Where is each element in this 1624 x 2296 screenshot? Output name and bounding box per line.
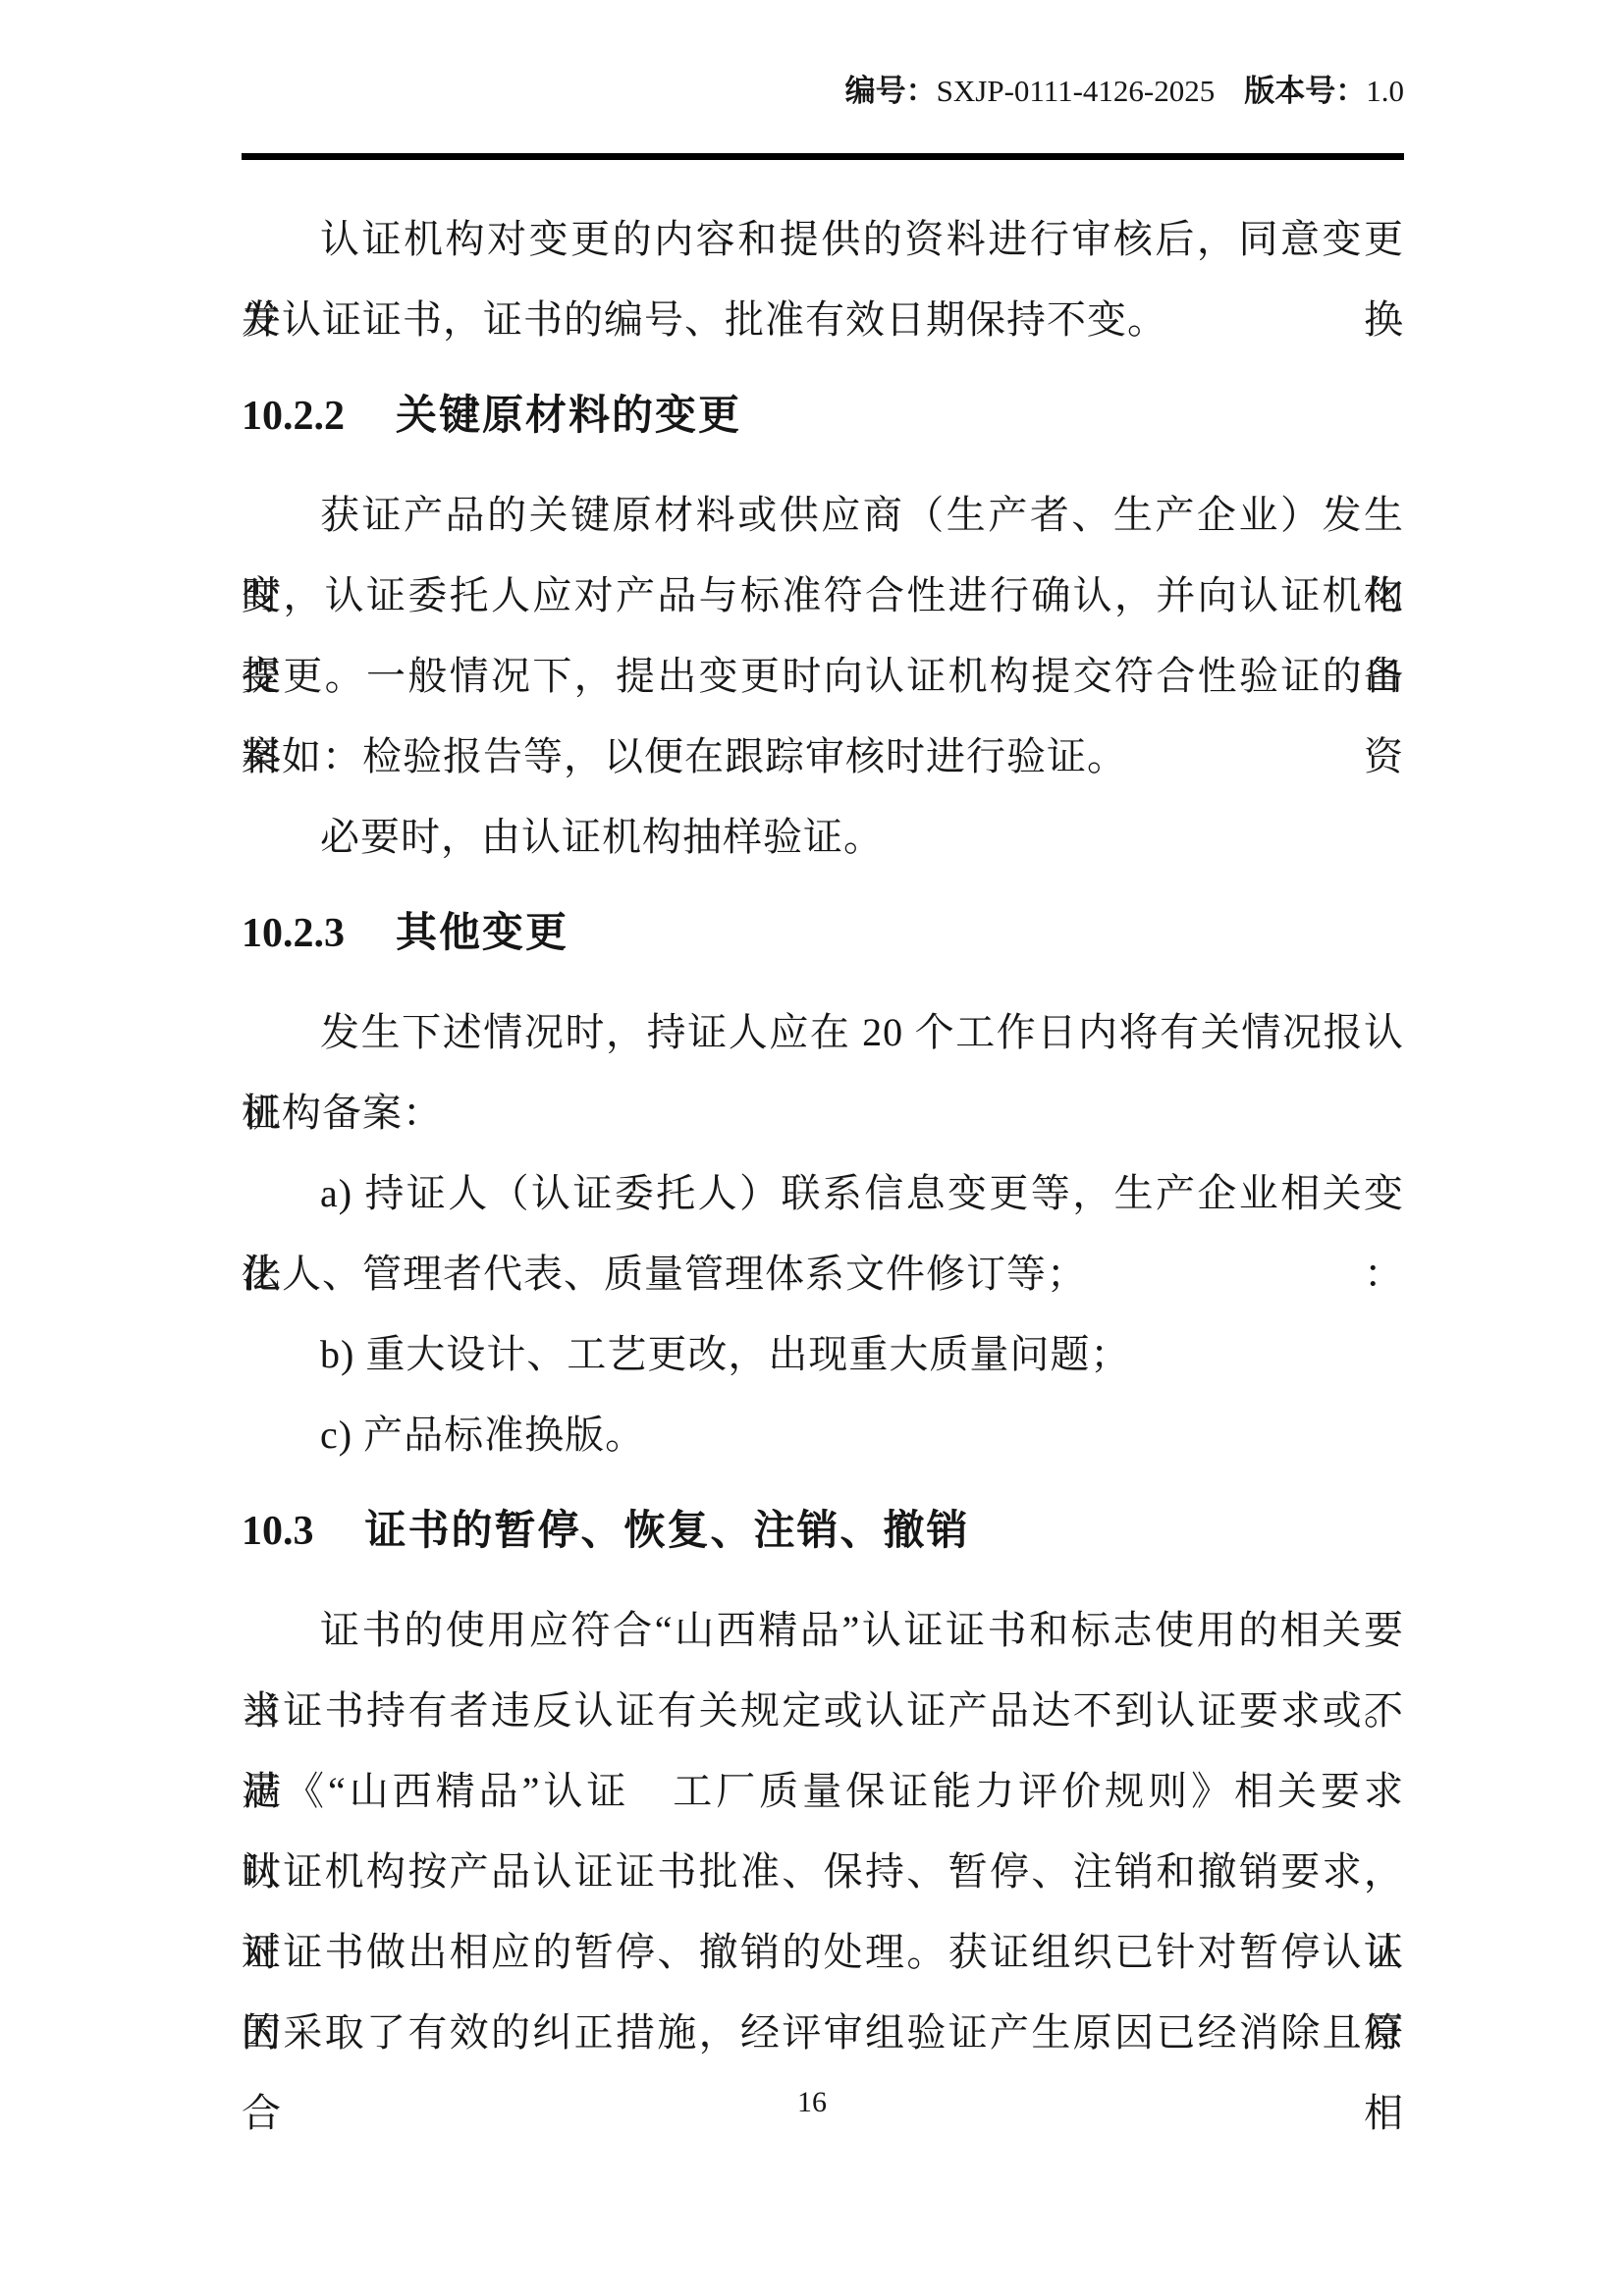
list-item-b: b) 重大设计、工艺更改，出现重大质量问题； xyxy=(242,1314,1404,1395)
doc-code-value: SXJP-0111-4126-2025 xyxy=(937,74,1216,108)
paragraph-key-materials: 获证产品的关键原材料或供应商（生产者、生产企业）发生变化 时，认证委托人应对产品… xyxy=(242,475,1404,797)
heading-title: 证书的暂停、恢复、注销、撤销 xyxy=(365,1507,970,1553)
body-line: 变更。一般情况下，提出变更时向认证机构提交符合性验证的备案资 xyxy=(242,636,1404,717)
header-rule xyxy=(242,153,1404,160)
heading-10-3: 10.3证书的暂停、恢复、注销、撤销 xyxy=(242,1507,1404,1555)
body-line: 认证机构按产品认证证书批准、保持、暂停、注销和撤销要求，对认 xyxy=(242,1832,1404,1912)
body-line: 认证机构对变更的内容和提供的资料进行审核后，同意变更并换 xyxy=(242,199,1404,280)
body-line: 获证产品的关键原材料或供应商（生产者、生产企业）发生变化 xyxy=(242,475,1404,556)
list-item-c: c) 产品标准换版。 xyxy=(242,1395,1404,1475)
paragraph-certificate-suspension: 证书的使用应符合“山西精品”认证证书和标志使用的相关要求。 当证书持有者违反认证… xyxy=(242,1590,1404,2073)
heading-10-2-3: 10.2.3其他变更 xyxy=(242,909,1404,957)
body-line: 发生下述情况时，持证人应在 20 个工作日内将有关情况报认证 xyxy=(242,992,1404,1073)
body-line: 时，认证委托人应对产品与标准符合性进行确认，并向认证机构提出 xyxy=(242,556,1404,636)
heading-title: 其他变更 xyxy=(396,909,568,955)
body-line: b) 重大设计、工艺更改，出现重大质量问题； xyxy=(242,1314,1404,1395)
doc-version-value: 1.0 xyxy=(1366,74,1404,108)
body-line: 当证书持有者违反认证有关规定或认证产品达不到认证要求或不满 xyxy=(242,1671,1404,1751)
list-item-a: a) 持证人（认证委托人）联系信息变更等，生产企业相关变化： 法人、管理者代表、… xyxy=(242,1153,1404,1314)
document-page: 编号：SXJP-0111-4126-2025版本号：1.0 认证机构对变更的内容… xyxy=(0,0,1624,2296)
body-line: a) 持证人（认证委托人）联系信息变更等，生产企业相关变化： xyxy=(242,1153,1404,1234)
heading-10-2-2: 10.2.2关键原材料的变更 xyxy=(242,392,1404,440)
document-content: 认证机构对变更的内容和提供的资料进行审核后，同意变更并换 发认证证书，证书的编号… xyxy=(242,199,1404,2073)
body-line: 必要时，由认证机构抽样验证。 xyxy=(242,797,1404,878)
page-number: 16 xyxy=(797,2086,827,2118)
paragraph-sampling: 必要时，由认证机构抽样验证。 xyxy=(242,797,1404,878)
body-line: c) 产品标准换版。 xyxy=(242,1395,1404,1475)
heading-number: 10.3 xyxy=(242,1509,314,1554)
paragraph-change-approval: 认证机构对变更的内容和提供的资料进行审核后，同意变更并换 发认证证书，证书的编号… xyxy=(242,199,1404,360)
heading-number: 10.2.2 xyxy=(242,394,345,439)
body-line: 证书的使用应符合“山西精品”认证证书和标志使用的相关要求。 xyxy=(242,1590,1404,1671)
body-line: 因采取了有效的纠正措施，经评审组验证产生原因已经消除且符合相 xyxy=(242,1993,1404,2073)
doc-code-label: 编号： xyxy=(845,74,937,108)
page-footer: 16 xyxy=(0,2085,1624,2120)
page-header: 编号：SXJP-0111-4126-2025版本号：1.0 xyxy=(242,75,1404,108)
doc-version-label: 版本号： xyxy=(1244,74,1366,108)
body-line: 证证书做出相应的暂停、撤销的处理。获证组织已针对暂停认证的原 xyxy=(242,1912,1404,1993)
paragraph-other-changes-intro: 发生下述情况时，持证人应在 20 个工作日内将有关情况报认证 机构备案： xyxy=(242,992,1404,1153)
body-line: 足《“山西精品”认证 工厂质量保证能力评价规则》相关要求时， xyxy=(242,1751,1404,1832)
body-line: 机构备案： xyxy=(242,1073,1404,1153)
heading-title: 关键原材料的变更 xyxy=(396,392,741,438)
heading-number: 10.2.3 xyxy=(242,911,345,956)
